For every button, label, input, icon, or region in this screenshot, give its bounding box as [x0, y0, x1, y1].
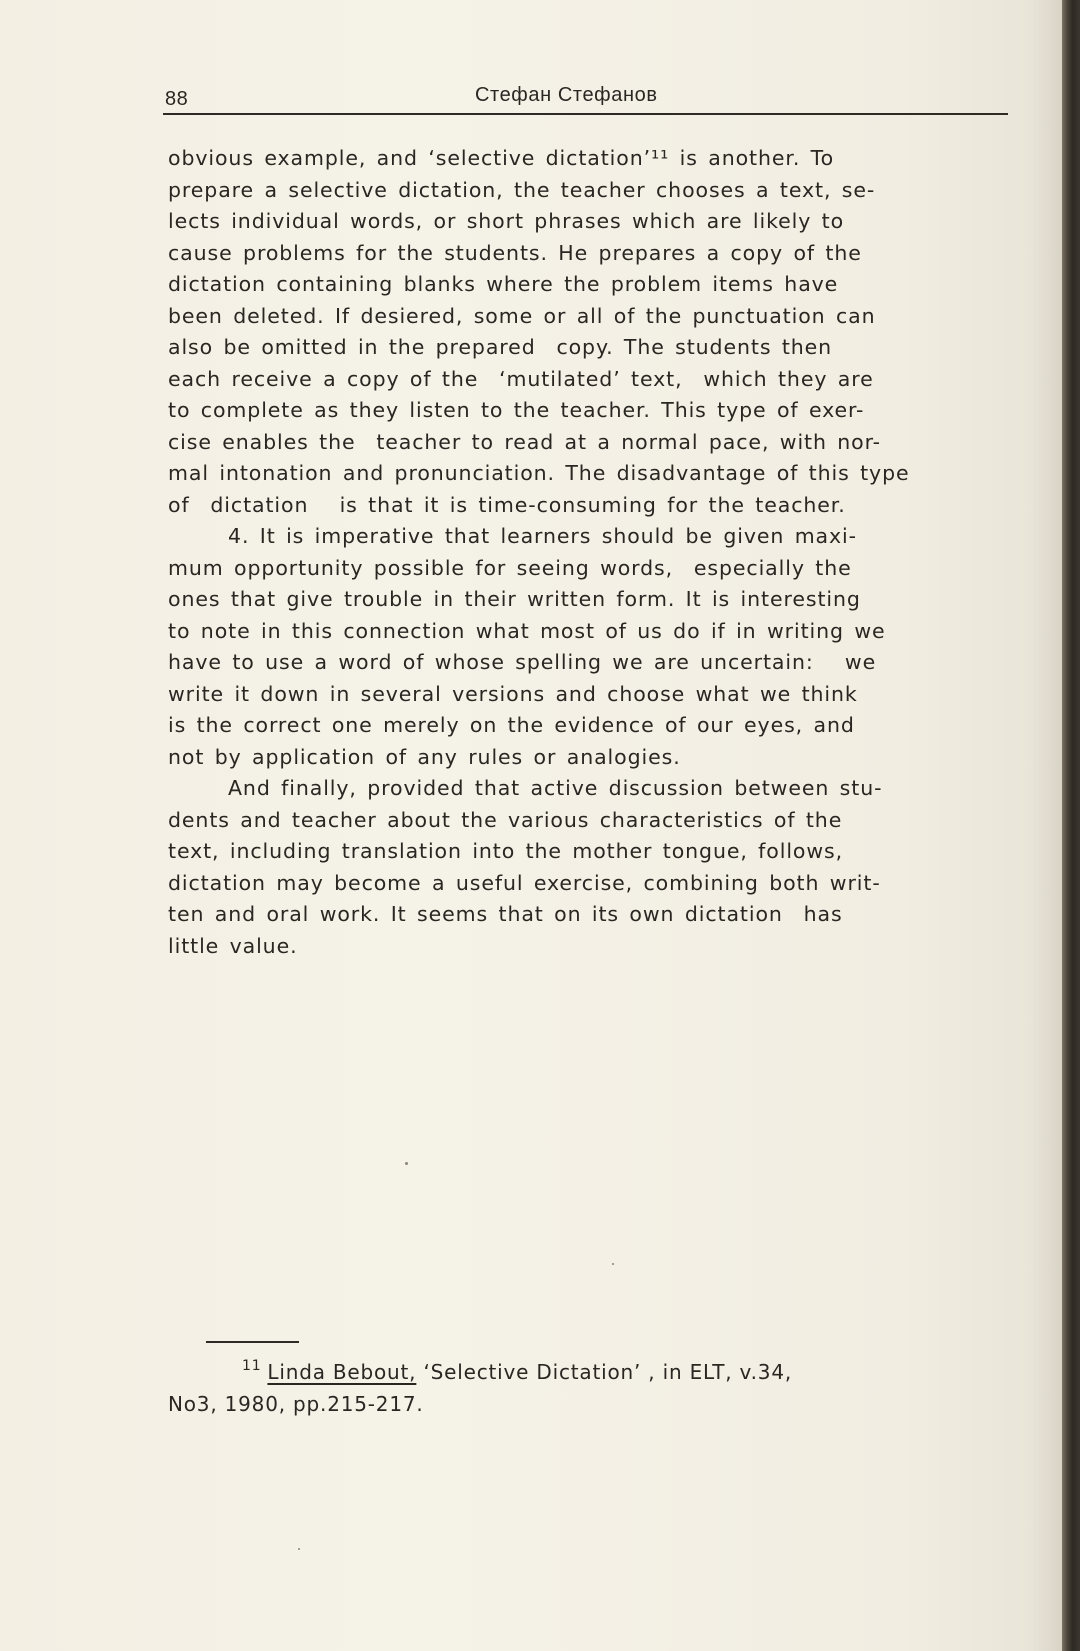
- text-line: lects individual words, or short phrases…: [168, 206, 1028, 238]
- text-line: ones that give trouble in their written …: [168, 584, 1028, 616]
- page-number: 88: [165, 88, 188, 111]
- document-page: 88 Стефан Стефанов obvious example, and …: [0, 0, 1062, 1651]
- text-line: obvious example, and ‘selective dictatio…: [168, 143, 1028, 175]
- text-line: ten and oral work. It seems that on its …: [168, 899, 1028, 931]
- text-line: little value.: [168, 931, 1028, 963]
- scan-speck: [405, 1162, 408, 1165]
- footnote-marker: 11: [242, 1358, 261, 1374]
- text-line: have to use a word of whose spelling we …: [168, 647, 1028, 679]
- page-header: 88 Стефан Стефанов: [165, 82, 1010, 116]
- text-line: is the correct one merely on the evidenc…: [168, 710, 1028, 742]
- header-rule: [163, 113, 1008, 115]
- footnote-title-source: ‘Selective Dictation’ , in ELT, v.34,: [416, 1360, 792, 1384]
- text-line: each receive a copy of the ‘mutilated’ t…: [168, 364, 1028, 396]
- scan-speck: [298, 1548, 300, 1550]
- text-line: to complete as they listen to the teache…: [168, 395, 1028, 427]
- text-line: cause problems for the students. He prep…: [168, 238, 1028, 270]
- footnote-line: No3, 1980, pp.215-217.: [168, 1388, 1028, 1420]
- text-line: write it down in several versions and ch…: [168, 679, 1028, 711]
- text-line: cise enables the teacher to read at a no…: [168, 427, 1028, 459]
- body-text: obvious example, and ‘selective dictatio…: [168, 143, 1028, 962]
- text-line: mum opportunity possible for seeing word…: [168, 553, 1028, 585]
- footnote: 11Linda Bebout, ‘Selective Dictation’ , …: [168, 1356, 1028, 1420]
- book-binding-edge: [1062, 0, 1080, 1651]
- text-line: text, including translation into the mot…: [168, 836, 1028, 868]
- text-line: of dictation is that it is time-consumin…: [168, 490, 1028, 522]
- text-line: been deleted. If desiered, some or all o…: [168, 301, 1028, 333]
- text-line: mal intonation and pronunciation. The di…: [168, 458, 1028, 490]
- footnote-rule: [206, 1341, 299, 1343]
- text-line: dents and teacher about the various char…: [168, 805, 1028, 837]
- footnote-line: 11Linda Bebout, ‘Selective Dictation’ , …: [168, 1356, 1028, 1388]
- paragraph-start-line: And finally, provided that active discus…: [168, 773, 1028, 805]
- text-line: also be omitted in the prepared copy. Th…: [168, 332, 1028, 364]
- scan-speck: [612, 1263, 614, 1265]
- text-line: not by application of any rules or analo…: [168, 742, 1028, 774]
- text-line: prepare a selective dictation, the teach…: [168, 175, 1028, 207]
- text-line: dictation containing blanks where the pr…: [168, 269, 1028, 301]
- paragraph-start-line: 4. It is imperative that learners should…: [168, 521, 1028, 553]
- text-line: to note in this connection what most of …: [168, 616, 1028, 648]
- running-head-author: Стефан Стефанов: [475, 84, 658, 107]
- footnote-author: Linda Bebout,: [267, 1360, 416, 1384]
- text-line: dictation may become a useful exercise, …: [168, 868, 1028, 900]
